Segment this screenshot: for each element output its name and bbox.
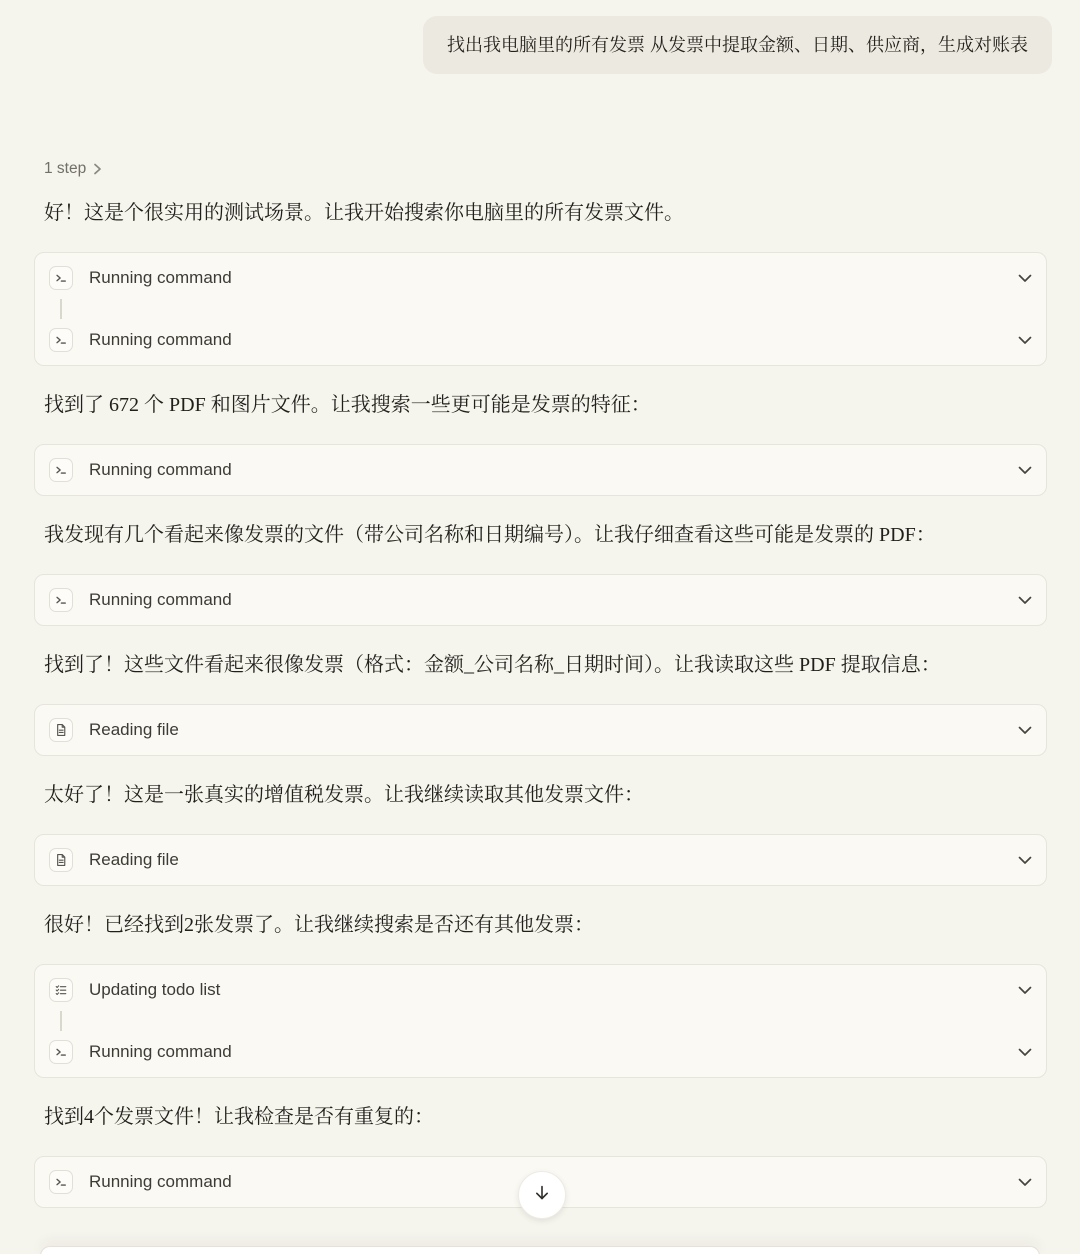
- assistant-paragraph: 很好！已经找到2张发票了。让我继续搜索是否还有其他发票：: [44, 910, 1034, 940]
- tool-row-running-command[interactable]: Running command: [49, 257, 1032, 299]
- file-icon: [49, 718, 73, 742]
- tool-label: Running command: [89, 268, 232, 288]
- tool-label: Running command: [89, 1042, 232, 1062]
- chevron-down-icon[interactable]: [1018, 596, 1032, 605]
- tool-row-reading-file[interactable]: Reading file: [49, 839, 1032, 881]
- chat-input-peek[interactable]: [40, 1246, 1040, 1254]
- tool-label: Reading file: [89, 720, 179, 740]
- tool-row-running-command[interactable]: Running command: [49, 1031, 1032, 1073]
- tool-row-updating-todo-list[interactable]: Updating todo list: [49, 969, 1032, 1011]
- chevron-down-icon[interactable]: [1018, 1048, 1032, 1057]
- assistant-paragraph: 找到了 672 个 PDF 和图片文件。让我搜索一些更可能是发票的特征：: [44, 390, 1034, 420]
- terminal-icon: [49, 266, 73, 290]
- arrow-down-icon: [532, 1183, 552, 1208]
- terminal-icon: [49, 458, 73, 482]
- terminal-icon: [49, 588, 73, 612]
- tool-row-reading-file[interactable]: Reading file: [49, 709, 1032, 751]
- terminal-icon: [49, 328, 73, 352]
- tool-card: Reading file: [34, 834, 1047, 886]
- todo-list-icon: [49, 978, 73, 1002]
- assistant-paragraph: 找到4个发票文件！让我检查是否有重复的：: [44, 1102, 1034, 1132]
- terminal-icon: [49, 1040, 73, 1064]
- assistant-paragraph: 太好了！这是一张真实的增值税发票。让我继续读取其他发票文件：: [44, 780, 1034, 810]
- tool-label: Updating todo list: [89, 980, 220, 1000]
- assistant-paragraph: 我发现有几个看起来像发票的文件（带公司名称和日期编号）。让我仔细查看这些可能是发…: [44, 520, 1034, 550]
- assistant-paragraph: 好！这是个很实用的测试场景。让我开始搜索你电脑里的所有发票文件。: [44, 198, 1034, 228]
- tool-label: Running command: [89, 460, 232, 480]
- user-message-bubble: 找出我电脑里的所有发票 从发票中提取金额、日期、供应商，生成对账表: [423, 16, 1052, 74]
- tool-row-running-command[interactable]: Running command: [49, 579, 1032, 621]
- file-icon: [49, 848, 73, 872]
- user-message-row: 找出我电脑里的所有发票 从发票中提取金额、日期、供应商，生成对账表: [0, 0, 1080, 74]
- assistant-paragraph: 找到了！这些文件看起来很像发票（格式：金额_公司名称_日期时间）。让我读取这些 …: [44, 650, 1034, 680]
- chevron-down-icon[interactable]: [1018, 726, 1032, 735]
- steps-toggle[interactable]: 1 step: [44, 160, 102, 178]
- tool-label: Reading file: [89, 850, 179, 870]
- tool-card: Updating todo list Running command: [34, 964, 1047, 1078]
- tool-card: Running command: [34, 444, 1047, 496]
- steps-label: 1 step: [44, 160, 86, 178]
- tool-connector-line: [60, 1011, 62, 1031]
- chevron-down-icon[interactable]: [1018, 856, 1032, 865]
- tool-card: Running command: [34, 574, 1047, 626]
- tool-label: Running command: [89, 590, 232, 610]
- chevron-down-icon[interactable]: [1018, 336, 1032, 345]
- tool-label: Running command: [89, 330, 232, 350]
- tool-row-running-command[interactable]: Running command: [49, 319, 1032, 361]
- chevron-down-icon[interactable]: [1018, 986, 1032, 995]
- chevron-right-icon: [93, 162, 102, 176]
- tool-card: Running command Running command: [34, 252, 1047, 366]
- assistant-thread: 1 step 好！这是个很实用的测试场景。让我开始搜索你电脑里的所有发票文件。 …: [34, 74, 1047, 1208]
- chevron-down-icon[interactable]: [1018, 274, 1032, 283]
- tool-row-running-command[interactable]: Running command: [49, 449, 1032, 491]
- chevron-down-icon[interactable]: [1018, 466, 1032, 475]
- tool-label: Running command: [89, 1172, 232, 1192]
- terminal-icon: [49, 1170, 73, 1194]
- scroll-to-bottom-button[interactable]: [518, 1171, 566, 1219]
- tool-connector-line: [60, 299, 62, 319]
- chevron-down-icon[interactable]: [1018, 1178, 1032, 1187]
- tool-card: Reading file: [34, 704, 1047, 756]
